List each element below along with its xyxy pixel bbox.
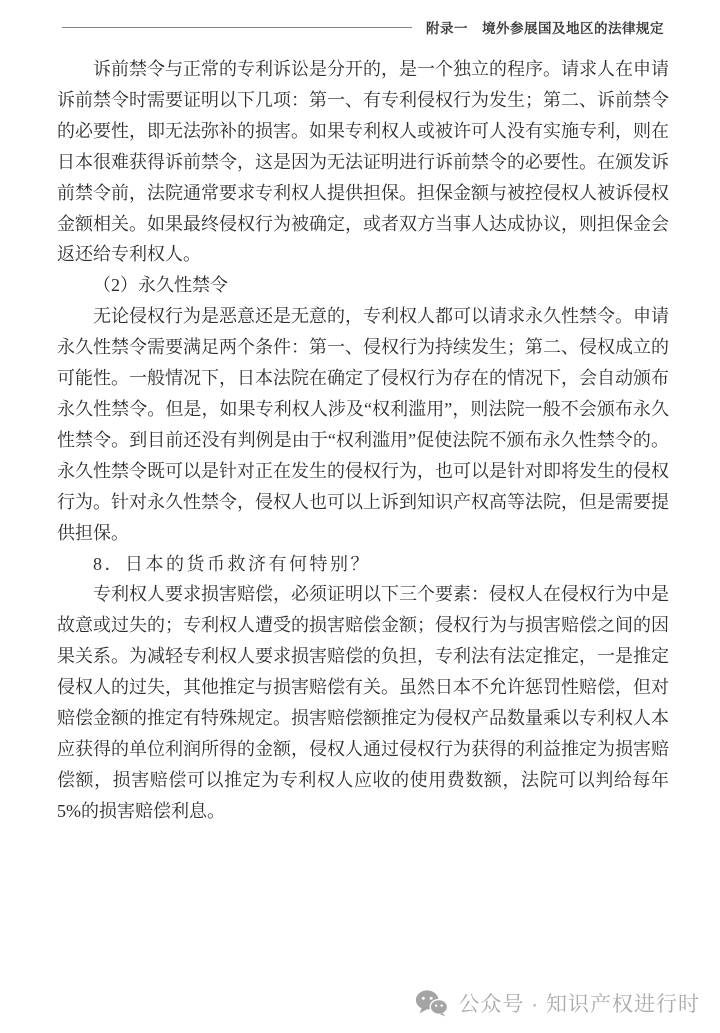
header-rule-line: [62, 27, 412, 28]
paragraph-pre-injunction: 诉前禁令与正常的专利诉讼是分开的，是一个独立的程序。请求人在申请诉前禁令时需要证…: [57, 54, 669, 270]
watermark: 公众号 · 知识产权进行时: [415, 988, 700, 1018]
page-body: 诉前禁令与正常的专利诉讼是分开的，是一个独立的程序。请求人在申请诉前禁令时需要证…: [57, 54, 669, 827]
wechat-icon: [415, 989, 448, 1017]
watermark-text: 公众号 · 知识产权进行时: [458, 988, 700, 1018]
book-page: 附录一 境外参展国及地区的法律规定 诉前禁令与正常的专利诉讼是分开的，是一个独立…: [0, 0, 720, 1033]
heading-permanent-injunction: （2）永久性禁令: [57, 270, 669, 301]
heading-question-8: 8．日本的货币救济有何特别？: [57, 549, 669, 580]
paragraph-monetary-remedy: 专利权人要求损害赔偿，必须证明以下三个要素：侵权人在侵权行为中是故意或过失的；专…: [57, 579, 669, 826]
running-head-title: 附录一 境外参展国及地区的法律规定: [426, 17, 664, 37]
page-header: 附录一 境外参展国及地区的法律规定: [62, 17, 664, 37]
paragraph-permanent-injunction: 无论侵权行为是恶意还是无意的，专利权人都可以请求永久性禁令。申请永久性禁令需要满…: [57, 301, 669, 548]
